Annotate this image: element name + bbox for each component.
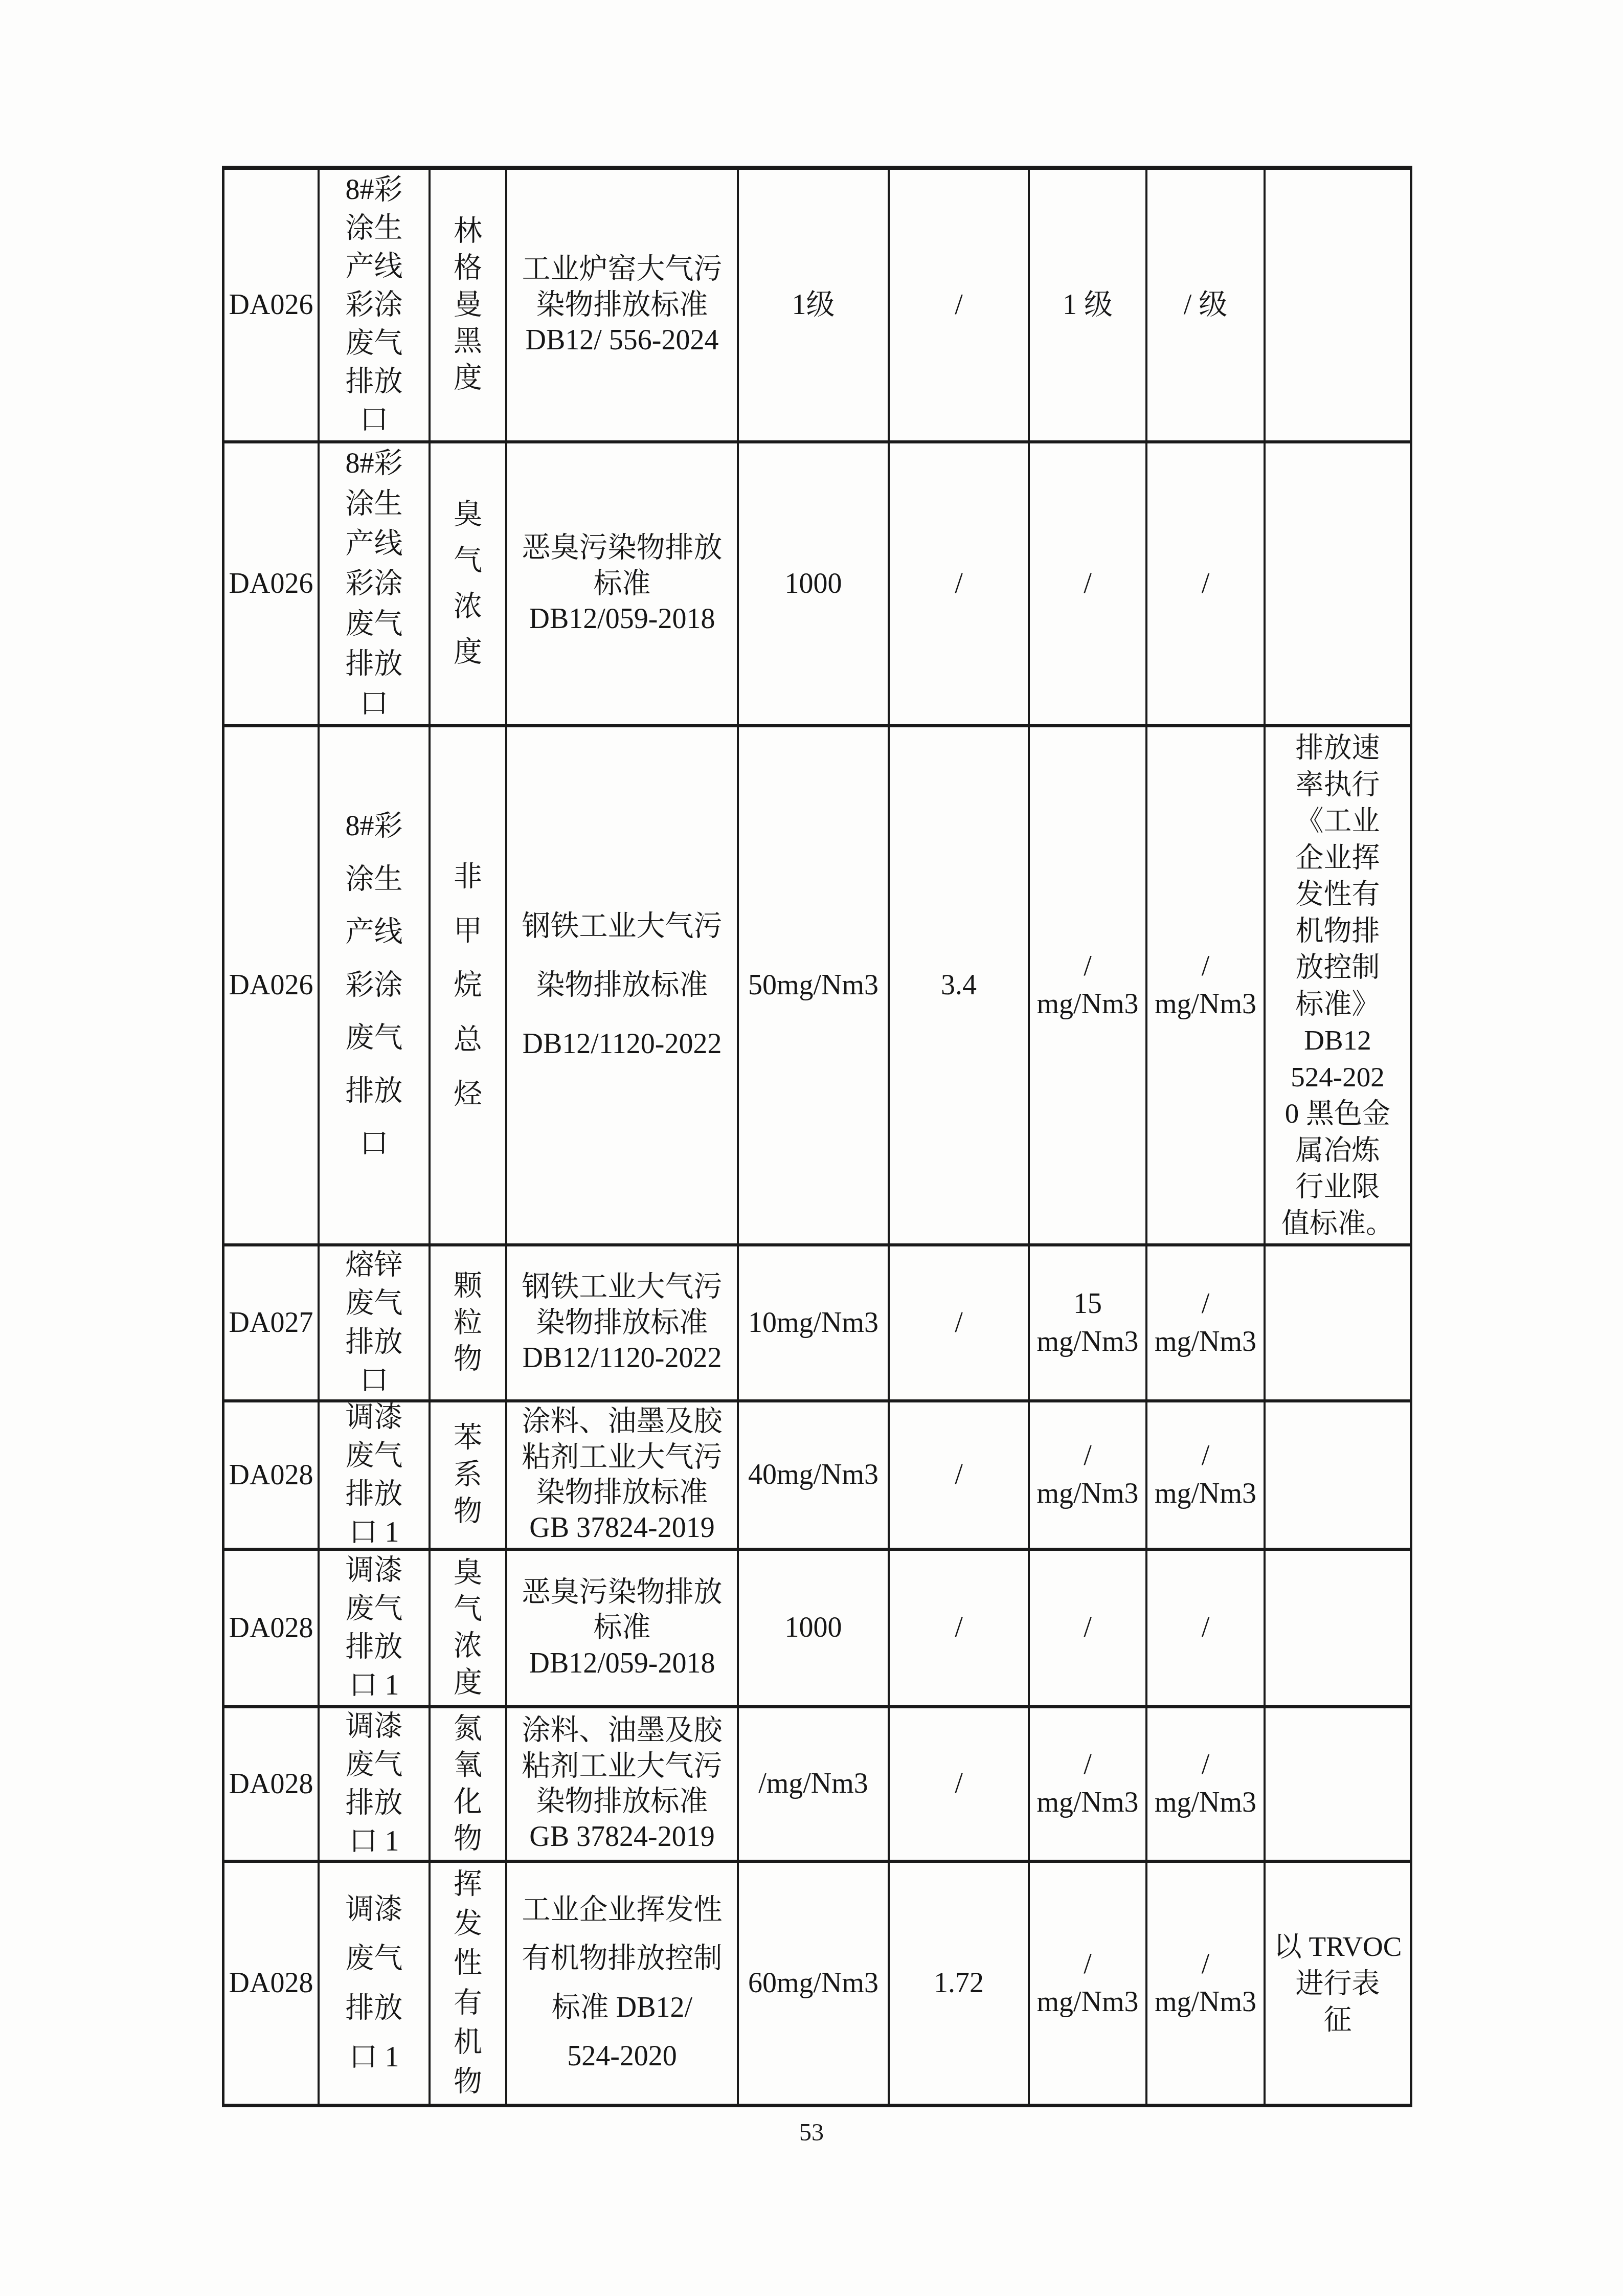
outlet-name-text: 调漆废气排放口 1 [343,1885,405,2082]
outlet-name-text: 调漆废气排放口 1 [343,1708,405,1861]
cell-limit-value: 1000 [739,443,890,727]
cell-outlet-name: 调漆废气排放口 1 [320,1402,431,1551]
standard-text: 恶臭污染物排放 标准 DB12/059-2018 [519,1575,726,1681]
cell-value-3: / [1147,1551,1266,1708]
value-3-text: / [1202,1609,1210,1647]
cell-standard: 工业炉窑大气污 染物排放标准 DB12/ 556-2024 [507,170,739,443]
cell-outlet-name: 8#彩涂生产线彩涂废气排放口 [320,443,431,727]
outlet-name-text: 8#彩涂生产线彩涂废气排放口 [343,800,405,1171]
cell-value-3: / [1147,443,1266,727]
cell-standard: 钢铁工业大气污 染物排放标准 DB12/1120-2022 [507,1246,739,1402]
page-number: 53 [0,2119,1623,2147]
cell-pollutant: 林格曼黑度 [431,170,507,443]
limit-text: 60mg/Nm3 [748,1965,878,2002]
cell-value-1: 1.72 [890,1863,1030,2104]
cell-limit-value: 60mg/Nm3 [739,1863,890,2104]
cell-note [1266,443,1410,727]
value-2-text: 1 级 [1063,286,1113,324]
value-3-text: / mg/Nm3 [1155,1285,1256,1361]
cell-limit-value: /mg/Nm3 [739,1708,890,1863]
cell-outlet-name: 8#彩涂生产线彩涂废气排放口 [320,170,431,443]
cell-outlet-id: DA026 [224,170,320,443]
cell-standard: 恶臭污染物排放 标准 DB12/059-2018 [507,443,739,727]
cell-note [1266,1551,1410,1708]
cell-note: 排放速 率执行 《工业 企业挥 发性有 机物排 放控制 标准》 DB12 524… [1266,727,1410,1246]
cell-pollutant: 非甲烷总烃 [431,727,507,1246]
cell-outlet-name: 调漆废气排放口 1 [320,1708,431,1863]
pollutant-text: 苯系物 [452,1420,484,1530]
cell-outlet-name: 调漆废气排放口 1 [320,1863,431,2104]
cell-outlet-id: DA026 [224,443,320,727]
value-3-text: / [1202,565,1210,603]
cell-value-2: / mg/Nm3 [1030,1863,1147,2104]
cell-note [1266,1708,1410,1863]
cell-standard: 钢铁工业大气污 染物排放标准 DB12/1120-2022 [507,727,739,1246]
pollutant-text: 臭气浓度 [452,492,484,675]
cell-limit-value: 10mg/Nm3 [739,1246,890,1402]
pollutant-text: 挥发性有机物 [452,1865,484,2102]
standard-text: 涂料、油墨及胶 粘剂工业大气污 染物排放标准 GB 37824-2019 [519,1404,726,1546]
cell-limit-value: 1000 [739,1551,890,1708]
cell-pollutant: 苯系物 [431,1402,507,1551]
limit-text: /mg/Nm3 [758,1765,868,1803]
value-1-text: / [955,1304,963,1342]
cell-value-3: / mg/Nm3 [1147,1708,1266,1863]
cell-pollutant: 臭气浓度 [431,1551,507,1708]
pollutant-text: 氮氧化物 [452,1711,484,1858]
cell-standard: 涂料、油墨及胶 粘剂工业大气污 染物排放标准 GB 37824-2019 [507,1402,739,1551]
cell-value-3: / mg/Nm3 [1147,1863,1266,2104]
cell-limit-value: 40mg/Nm3 [739,1402,890,1551]
outlet-name-text: 调漆废气排放口 1 [343,1402,405,1551]
cell-value-2: / mg/Nm3 [1030,727,1147,1246]
cell-note: 以 TRVOC 进行表 征 [1266,1863,1410,2104]
cell-value-1: / [890,1402,1030,1551]
pollutant-text: 林格曼黑度 [452,213,484,396]
cell-value-3: / mg/Nm3 [1147,1246,1266,1402]
cell-outlet-name: 调漆废气排放口 1 [320,1551,431,1708]
value-3-text: / mg/Nm3 [1155,948,1256,1023]
value-1-text: / [955,565,963,603]
outlet-name-text: 调漆废气排放口 1 [343,1551,405,1705]
cell-note [1266,1246,1410,1402]
cell-value-2: / [1030,443,1147,727]
limit-text: 1000 [785,565,842,603]
cell-pollutant: 臭气浓度 [431,443,507,727]
cell-outlet-id: DA028 [224,1708,320,1863]
cell-value-2: / mg/Nm3 [1030,1402,1147,1551]
cell-value-2: 1 级 [1030,170,1147,443]
cell-outlet-id: DA028 [224,1402,320,1551]
value-2-text: 15 mg/Nm3 [1036,1285,1138,1361]
document-page: DA026 8#彩涂生产线彩涂废气排放口 林格曼黑度 工业炉窑大气污 染物排放标… [0,0,1623,2296]
note-text: 以 TRVOC 进行表 征 [1272,1928,1404,2038]
value-3-text: / mg/Nm3 [1155,1946,1256,2021]
standard-text: 钢铁工业大气污 染物排放标准 DB12/1120-2022 [519,1269,726,1376]
standard-text: 工业炉窑大气污 染物排放标准 DB12/ 556-2024 [519,252,726,358]
limit-text: 1级 [792,286,835,324]
value-1-text: / [955,286,963,324]
value-2-text: / mg/Nm3 [1036,1946,1138,2021]
cell-outlet-id: DA028 [224,1551,320,1708]
note-text: 排放速 率执行 《工业 企业挥 发性有 机物排 放控制 标准》 DB12 524… [1279,729,1396,1241]
standard-text: 恶臭污染物排放 标准 DB12/059-2018 [519,530,726,637]
cell-value-2: 15 mg/Nm3 [1030,1246,1147,1402]
limit-text: 40mg/Nm3 [748,1456,878,1494]
outlet-name-text: 8#彩涂生产线彩涂废气排放口 [343,443,405,724]
value-1-text: 3.4 [941,967,977,1005]
value-2-text: / mg/Nm3 [1036,948,1138,1023]
value-3-text: / mg/Nm3 [1155,1437,1256,1513]
cell-outlet-id: DA027 [224,1246,320,1402]
value-3-text: / mg/Nm3 [1155,1746,1256,1822]
value-2-text: / mg/Nm3 [1036,1746,1138,1822]
cell-standard: 恶臭污染物排放 标准 DB12/059-2018 [507,1551,739,1708]
limit-text: 1000 [785,1609,842,1647]
cell-outlet-id: DA026 [224,727,320,1246]
cell-pollutant: 挥发性有机物 [431,1863,507,2104]
cell-outlet-name: 8#彩涂生产线彩涂废气排放口 [320,727,431,1246]
cell-value-3: / mg/Nm3 [1147,727,1266,1246]
outlet-name-text: 熔锌废气排放口 [343,1246,405,1400]
standard-text: 涂料、油墨及胶 粘剂工业大气污 染物排放标准 GB 37824-2019 [519,1713,726,1855]
pollutant-text: 非甲烷总烃 [452,850,484,1122]
value-1-text: 1.72 [934,1965,984,2002]
cell-note [1266,170,1410,443]
value-2-text: / [1084,1609,1092,1647]
standard-text: 工业企业挥发性 有机物排放控制 标准 DB12/ 524-2020 [519,1886,726,2081]
cell-limit-value: 1级 [739,170,890,443]
cell-value-1: / [890,170,1030,443]
cell-limit-value: 50mg/Nm3 [739,727,890,1246]
cell-value-1: / [890,1708,1030,1863]
pollutant-text: 臭气浓度 [452,1555,484,1702]
limit-text: 10mg/Nm3 [748,1304,878,1342]
cell-outlet-id: DA028 [224,1863,320,2104]
value-2-text: / [1084,565,1092,603]
cell-pollutant: 氮氧化物 [431,1708,507,1863]
pollutant-text: 颗粒物 [452,1268,484,1378]
limit-text: 50mg/Nm3 [748,967,878,1005]
cell-value-1: 3.4 [890,727,1030,1246]
cell-standard: 涂料、油墨及胶 粘剂工业大气污 染物排放标准 GB 37824-2019 [507,1708,739,1863]
cell-outlet-name: 熔锌废气排放口 [320,1246,431,1402]
cell-value-1: / [890,443,1030,727]
cell-value-3: / mg/Nm3 [1147,1402,1266,1551]
cell-value-1: / [890,1246,1030,1402]
outlet-name-text: 8#彩涂生产线彩涂废气排放口 [343,171,405,439]
cell-standard: 工业企业挥发性 有机物排放控制 标准 DB12/ 524-2020 [507,1863,739,2104]
value-1-text: / [955,1456,963,1494]
cell-value-2: / [1030,1551,1147,1708]
cell-pollutant: 颗粒物 [431,1246,507,1402]
value-2-text: / mg/Nm3 [1036,1437,1138,1513]
standard-text: 钢铁工业大气污 染物排放标准 DB12/1120-2022 [519,897,726,1073]
value-3-text: / 级 [1184,286,1228,324]
value-1-text: / [955,1609,963,1647]
emission-standards-table: DA026 8#彩涂生产线彩涂废气排放口 林格曼黑度 工业炉窑大气污 染物排放标… [222,166,1412,2107]
cell-value-1: / [890,1551,1030,1708]
cell-value-2: / mg/Nm3 [1030,1708,1147,1863]
cell-value-3: / 级 [1147,170,1266,443]
value-1-text: / [955,1765,963,1803]
cell-note [1266,1402,1410,1551]
